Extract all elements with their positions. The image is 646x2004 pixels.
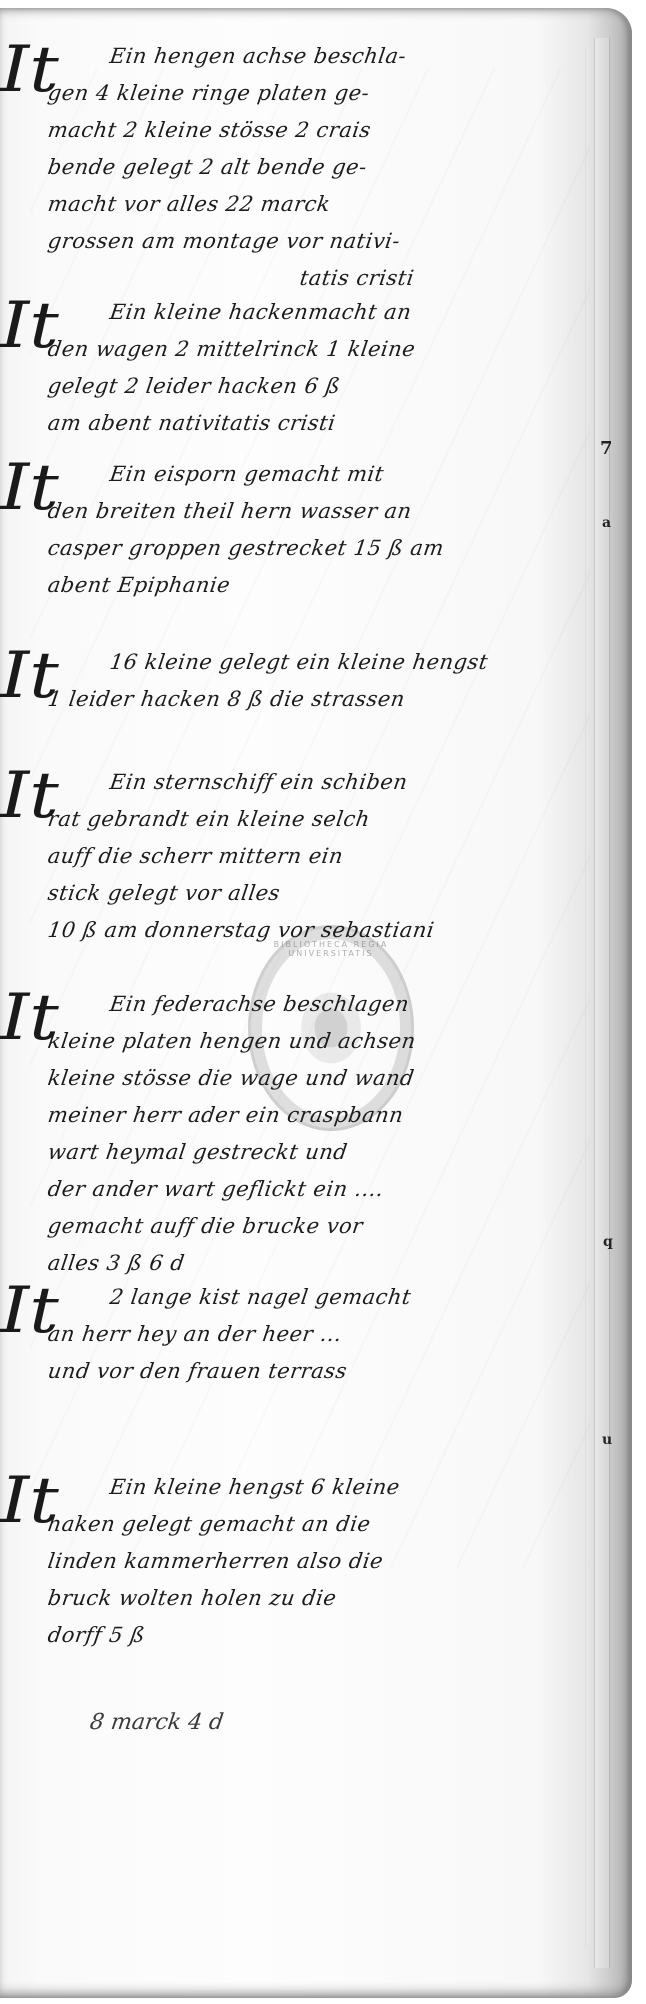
entry-line: an herr hey an der heer ... [46,1322,343,1346]
entry-line: den wagen 2 mittelrinck 1 kleine [46,337,417,361]
stamp-label: BIBLIOTHECA REGIA UNIVERSITATIS [251,940,411,958]
entry-line: grossen am montage vor nativi- [46,229,401,253]
entry-line: linden kammerherren also die [46,1549,385,1573]
entry-line: 2 lange kist nagel gemacht [108,1285,412,1309]
entry-line: abent Epiphanie [46,573,232,597]
entry-line: Ein hengen achse beschla- [108,44,408,68]
entry-line: auff die scherr mittern ein [46,844,344,868]
entry-line: gelegt 2 leider hacken 6 ß [46,374,342,398]
entry-line: bende gelegt 2 alt bende ge- [46,155,368,179]
entry-line: gen 4 kleine ringe platen ge- [46,81,371,105]
page-edge-shadow [594,38,610,1968]
entry-line: 16 kleine gelegt ein kleine hengst [108,650,489,674]
entry-line: kleine platen hengen und achsen [46,1029,417,1053]
entry-line: und vor den frauen terrass [46,1359,348,1383]
entry-line: macht 2 kleine stösse 2 crais [46,118,372,142]
entry-line: tatis cristi [298,266,415,290]
entry-line: dorff 5 ß [46,1623,146,1647]
entry-line: bruck wolten holen zu die [46,1586,338,1610]
entry-line: 10 ß am donnerstag vor sebastiani [46,918,436,942]
entry-line: wart heymal gestreckt und [46,1140,349,1164]
margin-mark: u [602,1432,612,1448]
entry-line: am abent nativitatis cristi [46,411,337,435]
page-fold-line [585,48,586,1948]
margin-mark: a [602,515,611,531]
entry-line: 1 leider hacken 8 ß die strassen [46,687,406,711]
entry-line: rat gebrandt ein kleine selch [46,807,371,831]
margin-mark: q [603,1234,613,1250]
entry-line: stick gelegt vor alles [46,881,281,905]
entry-line: Ein kleine hengst 6 kleine [108,1475,401,1499]
entry-line: casper groppen gestrecket 15 ß am [46,536,445,560]
entry-line: den breiten theil hern wasser an [46,499,413,523]
entry-line: Ein eisporn gemacht mit [108,462,385,486]
entry-line: der ander wart geflickt ein .... [46,1177,385,1201]
entry-line: Ein sternschiff ein schiben [108,770,409,794]
entry-line: Ein federachse beschlagen [108,992,410,1016]
entry-line: gemacht auff die brucke vor [46,1214,364,1238]
ledger-total: 8 marck 4 d [88,1710,225,1735]
entry-line: meiner herr ader ein craspbann [46,1103,405,1127]
entry-line: haken gelegt gemacht an die [46,1512,372,1536]
entry-line: alles 3 ß 6 d [46,1251,186,1275]
entry-line: Ein kleine hackenmacht an [108,300,413,324]
library-stamp: BIBLIOTHECA REGIA UNIVERSITATIS [248,925,414,1131]
entry-line: macht vor alles 22 marck [46,192,332,216]
margin-mark: 7 [600,438,613,459]
entry-line: kleine stösse die wage und wand [46,1066,416,1090]
